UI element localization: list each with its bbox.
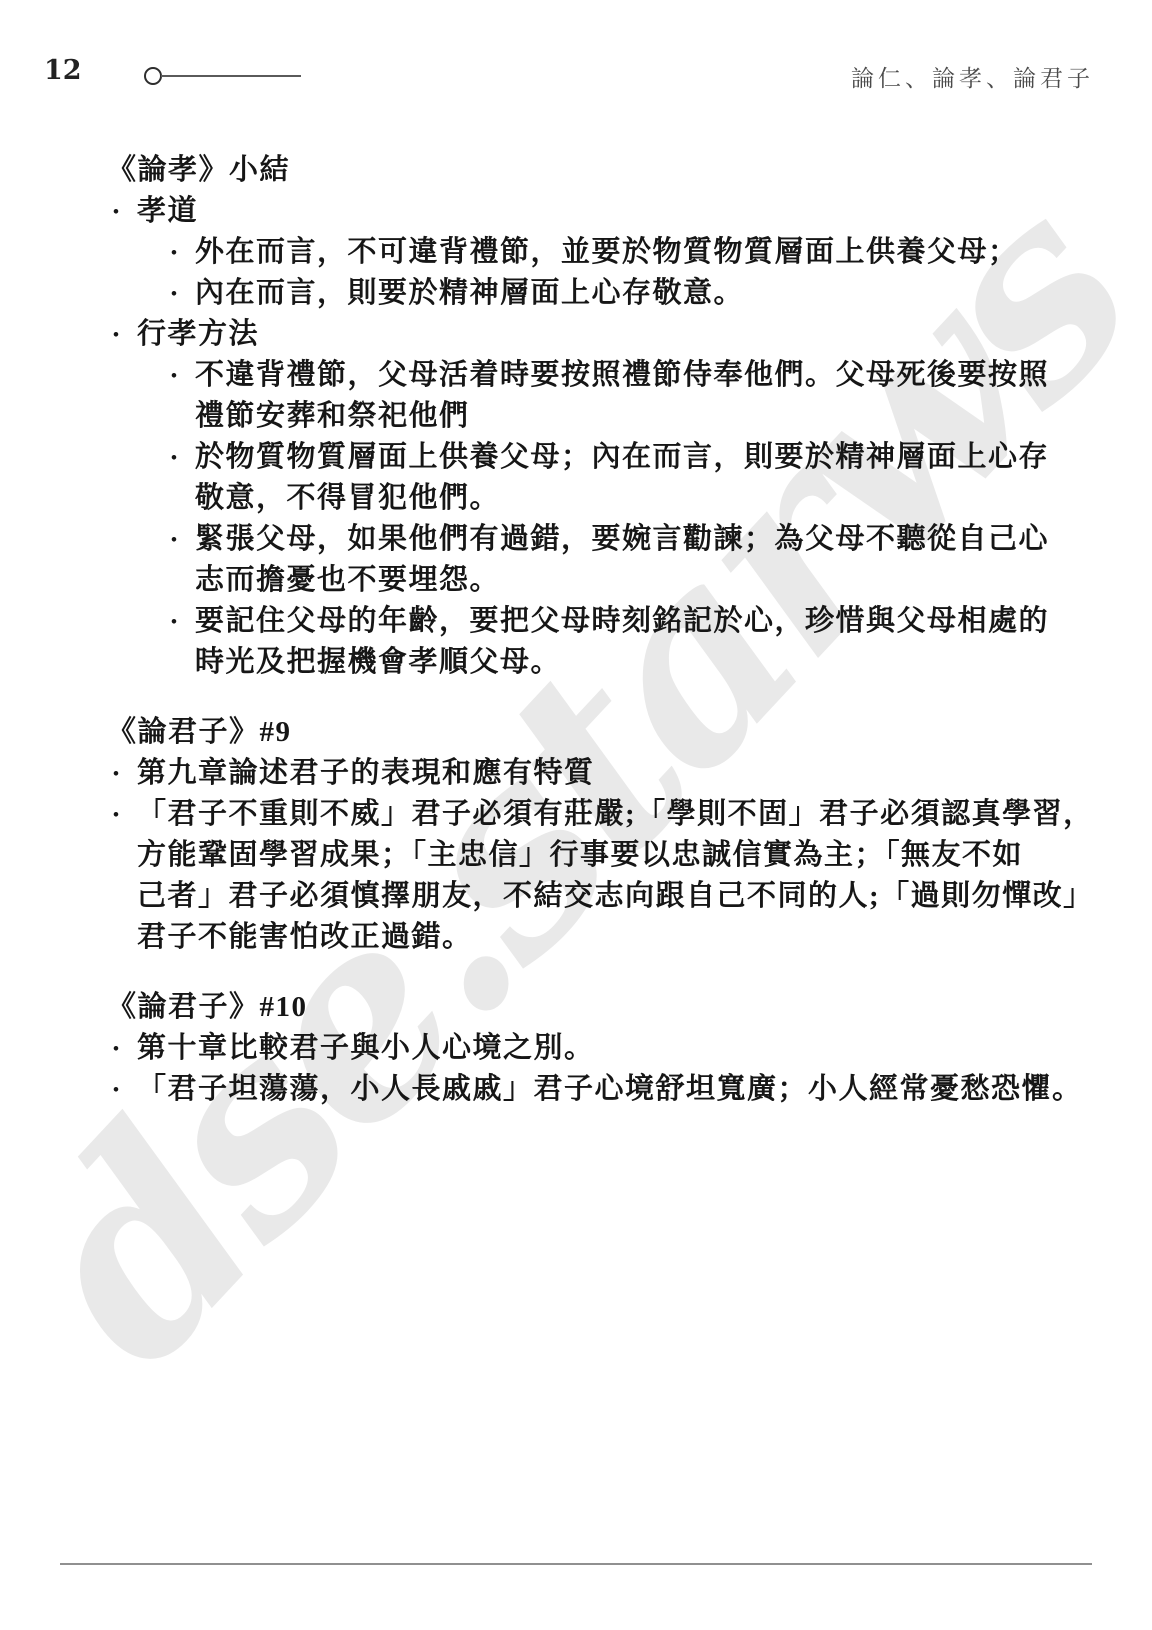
text-line: 要記住父母的年齡，要把父母時刻銘記於心，珍惜與父母相處的 [195, 601, 1049, 642]
item-text: 要記住父母的年齡，要把父母時刻銘記於心，珍惜與父母相處的時光及把握機會孝順父母。 [195, 601, 1049, 683]
bullet-marker: • [171, 273, 195, 314]
text-line: 「君子坦蕩蕩，小人長戚戚」君子心境舒坦寬廣；小人經常憂愁恐懼。 [137, 1069, 1083, 1110]
list-item: •第十章比較君子與小人心境之別。 [113, 1028, 1112, 1069]
bullet-marker: • [113, 314, 137, 355]
item-text: 內在而言，則要於精神層面上心存敬意。 [195, 273, 744, 314]
text-line: 第九章論述君子的表現和應有特質 [137, 753, 595, 794]
section-heading: 《論孝》小結 [107, 150, 1112, 191]
section-heading: 《論君子》#9 [107, 712, 1112, 753]
item-text: 行孝方法 [137, 314, 259, 355]
text-line: 不違背禮節，父母活着時要按照禮節侍奉他們。父母死後要按照 [195, 355, 1049, 396]
text-line: 方能鞏固學習成果；「主忠信」行事要以忠誠信實為主；「無友不如 [137, 835, 1094, 876]
header-title: 論仁、論孝、論君子 [851, 60, 1094, 93]
bullet-marker: • [113, 1069, 137, 1110]
text-line: 第十章比較君子與小人心境之別。 [137, 1028, 595, 1069]
text-line: 內在而言，則要於精神層面上心存敬意。 [195, 273, 744, 314]
text-line: 禮節安葬和祭祀他們 [195, 396, 1049, 437]
text-line: 敬意，不得冒犯他們。 [195, 478, 1049, 519]
text-line: 「君子不重則不威」君子必須有莊嚴;「學則不固」君子必須認真學習， [137, 794, 1094, 835]
item-text: 孝道 [137, 191, 198, 232]
section-heading: 《論君子》#10 [107, 987, 1112, 1028]
section-lunxiao-summary: 《論孝》小結 •孝道•外在而言，不可違背禮節，並要於物質物質層面上供養父母；•內… [107, 150, 1112, 683]
item-text: 於物質物質層面上供養父母；內在而言，則要於精神層面上心存敬意，不得冒犯他們。 [195, 437, 1049, 519]
section-items: •第九章論述君子的表現和應有特質•「君子不重則不威」君子必須有莊嚴;「學則不固」… [107, 753, 1112, 958]
section-items: •孝道•外在而言，不可違背禮節，並要於物質物質層面上供養父母；•內在而言，則要於… [107, 191, 1112, 683]
text-line: 志而擔憂也不要埋怨。 [195, 560, 1049, 601]
bullet-marker: • [171, 355, 195, 437]
decoration-line [161, 75, 301, 77]
text-line: 於物質物質層面上供養父母；內在而言，則要於精神層面上心存 [195, 437, 1049, 478]
text-line: 時光及把握機會孝順父母。 [195, 642, 1049, 683]
text-line: 孝道 [137, 191, 198, 232]
item-text: 第九章論述君子的表現和應有特質 [137, 753, 595, 794]
bullet-marker: • [171, 519, 195, 601]
bullet-marker: • [113, 753, 137, 794]
list-item: •「君子坦蕩蕩，小人長戚戚」君子心境舒坦寬廣；小人經常憂愁恐懼。 [113, 1069, 1112, 1110]
bullet-marker: • [113, 1028, 137, 1069]
list-item: •第九章論述君子的表現和應有特質 [113, 753, 1112, 794]
item-text: 不違背禮節，父母活着時要按照禮節侍奉他們。父母死後要按照禮節安葬和祭祀他們 [195, 355, 1049, 437]
section-items: •第十章比較君子與小人心境之別。•「君子坦蕩蕩，小人長戚戚」君子心境舒坦寬廣；小… [107, 1028, 1112, 1110]
footer-rule [60, 1563, 1092, 1565]
item-text: 外在而言，不可違背禮節，並要於物質物質層面上供養父母； [195, 232, 1019, 273]
section-lunjunzi-9: 《論君子》#9 •第九章論述君子的表現和應有特質•「君子不重則不威」君子必須有莊… [107, 712, 1112, 958]
text-line: 君子不能害怕改正過錯。 [137, 917, 1094, 958]
text-line: 行孝方法 [137, 314, 259, 355]
list-item: •緊張父母，如果他們有過錯，要婉言勸諫；為父母不聽從自己心志而擔憂也不要埋怨。 [171, 519, 1112, 601]
item-text: 緊張父母，如果他們有過錯，要婉言勸諫；為父母不聽從自己心志而擔憂也不要埋怨。 [195, 519, 1049, 601]
bullet-marker: • [171, 232, 195, 273]
circle-icon [144, 67, 162, 85]
list-item: •「君子不重則不威」君子必須有莊嚴;「學則不固」君子必須認真學習，方能鞏固學習成… [113, 794, 1112, 958]
list-item: •不違背禮節，父母活着時要按照禮節侍奉他們。父母死後要按照禮節安葬和祭祀他們 [171, 355, 1112, 437]
section-lunjunzi-10: 《論君子》#10 •第十章比較君子與小人心境之別。•「君子坦蕩蕩，小人長戚戚」君… [107, 987, 1112, 1110]
item-text: 第十章比較君子與小人心境之別。 [137, 1028, 595, 1069]
item-text: 「君子坦蕩蕩，小人長戚戚」君子心境舒坦寬廣；小人經常憂愁恐懼。 [137, 1069, 1083, 1110]
bullet-marker: • [113, 191, 137, 232]
list-item: •外在而言，不可違背禮節，並要於物質物質層面上供養父母； [171, 232, 1112, 273]
text-line: 緊張父母，如果他們有過錯，要婉言勸諫；為父母不聽從自己心 [195, 519, 1049, 560]
document-page: dse.starws 12 論仁、論孝、論君子 《論孝》小結 •孝道•外在而言，… [0, 0, 1152, 1630]
document-content: 《論孝》小結 •孝道•外在而言，不可違背禮節，並要於物質物質層面上供養父母；•內… [107, 150, 1112, 1110]
bullet-marker: • [171, 437, 195, 519]
bullet-marker: • [171, 601, 195, 683]
list-item: •孝道 [113, 191, 1112, 232]
list-item: •行孝方法 [113, 314, 1112, 355]
text-line: 外在而言，不可違背禮節，並要於物質物質層面上供養父母； [195, 232, 1019, 273]
header-decoration [144, 67, 301, 85]
list-item: •於物質物質層面上供養父母；內在而言，則要於精神層面上心存敬意，不得冒犯他們。 [171, 437, 1112, 519]
list-item: •要記住父母的年齡，要把父母時刻銘記於心，珍惜與父母相處的時光及把握機會孝順父母… [171, 601, 1112, 683]
text-line: 己者」君子必須慎擇朋友，不結交志向跟自己不同的人;「過則勿憚改」 [137, 876, 1094, 917]
page-number: 12 [44, 55, 82, 86]
list-item: •內在而言，則要於精神層面上心存敬意。 [171, 273, 1112, 314]
item-text: 「君子不重則不威」君子必須有莊嚴;「學則不固」君子必須認真學習，方能鞏固學習成果… [137, 794, 1094, 958]
bullet-marker: • [113, 794, 137, 958]
